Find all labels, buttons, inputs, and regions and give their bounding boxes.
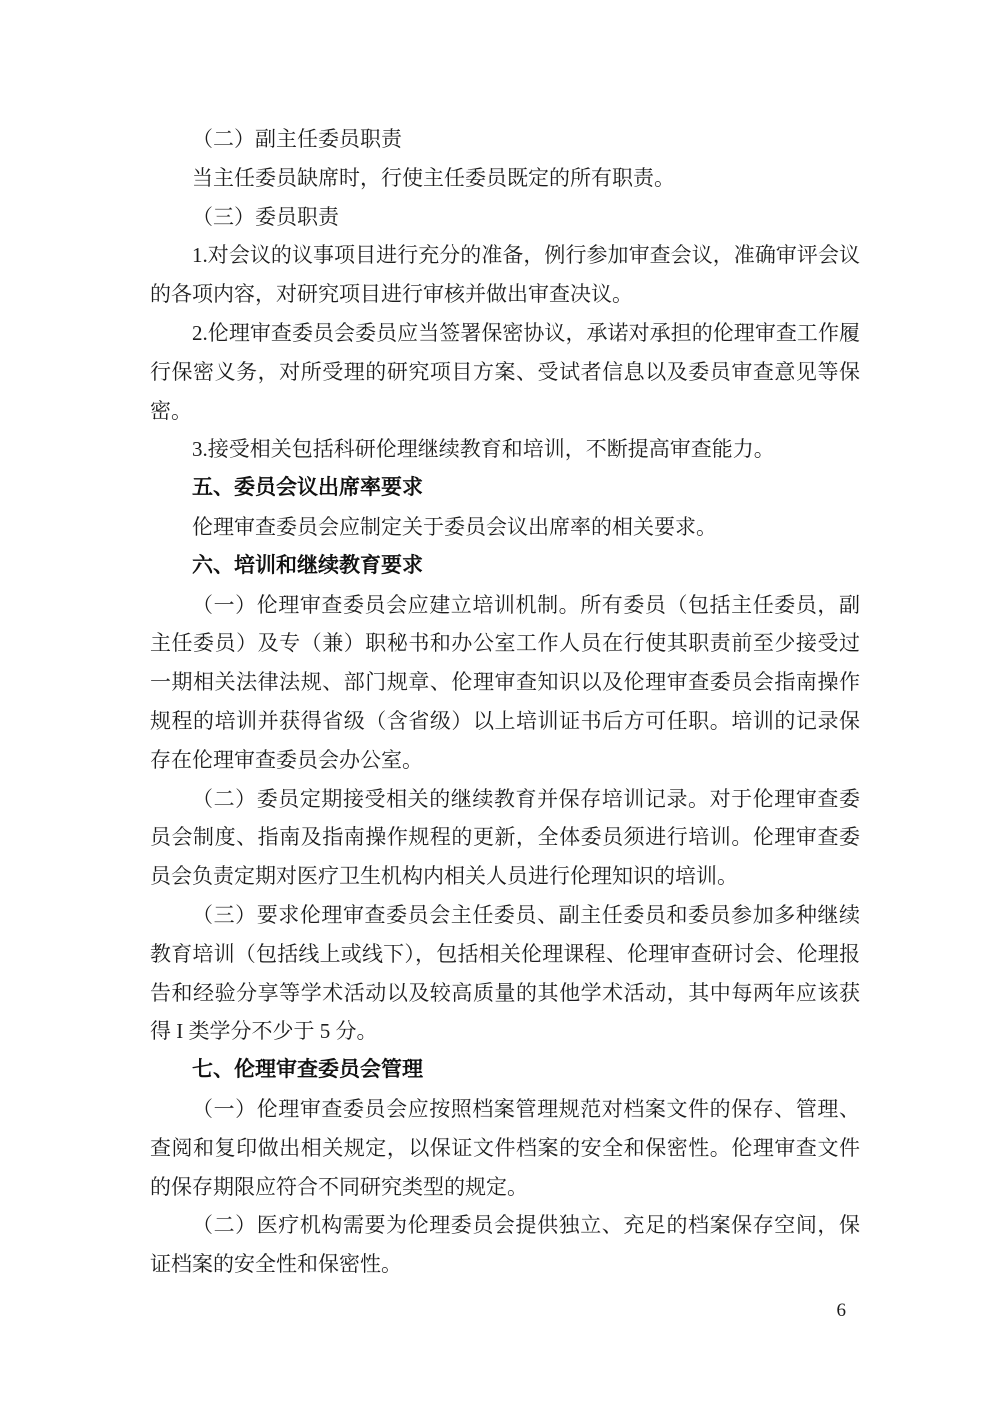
paragraph: （三）委员职责 bbox=[150, 198, 860, 237]
paragraph: （二）委员定期接受相关的继续教育并保存培训记录。对于伦理审查委员会制度、指南及指… bbox=[150, 780, 860, 896]
section-heading: 五、委员会议出席率要求 bbox=[150, 469, 860, 508]
paragraph: 伦理审查委员会应制定关于委员会议出席率的相关要求。 bbox=[150, 508, 860, 547]
section-heading: 七、伦理审查委员会管理 bbox=[150, 1051, 860, 1090]
paragraph: 当主任委员缺席时，行使主任委员既定的所有职责。 bbox=[150, 159, 860, 198]
page-number: 6 bbox=[150, 1296, 860, 1326]
paragraph: （二）副主任委员职责 bbox=[150, 120, 860, 159]
section-heading: 六、培训和继续教育要求 bbox=[150, 547, 860, 586]
paragraph: （一）伦理审查委员会应按照档案管理规范对档案文件的保存、管理、查阅和复印做出相关… bbox=[150, 1090, 860, 1206]
document-body: （二）副主任委员职责当主任委员缺席时，行使主任委员既定的所有职责。（三）委员职责… bbox=[150, 120, 860, 1284]
paragraph: 2.伦理审查委员会委员应当签署保密协议，承诺对承担的伦理审查工作履行保密义务，对… bbox=[150, 314, 860, 430]
paragraph: （二）医疗机构需要为伦理委员会提供独立、充足的档案保存空间，保证档案的安全性和保… bbox=[150, 1206, 860, 1284]
paragraph: （一）伦理审查委员会应建立培训机制。所有委员（包括主任委员，副主任委员）及专（兼… bbox=[150, 586, 860, 780]
paragraph: 1.对会议的议事项目进行充分的准备，例行参加审查会议，准确审评会议的各项内容，对… bbox=[150, 236, 860, 314]
paragraph: 3.接受相关包括科研伦理继续教育和培训，不断提高审查能力。 bbox=[150, 430, 860, 469]
document-page: （二）副主任委员职责当主任委员缺席时，行使主任委员既定的所有职责。（三）委员职责… bbox=[0, 0, 1000, 1413]
paragraph: （三）要求伦理审查委员会主任委员、副主任委员和委员参加多种继续教育培训（包括线上… bbox=[150, 896, 860, 1051]
